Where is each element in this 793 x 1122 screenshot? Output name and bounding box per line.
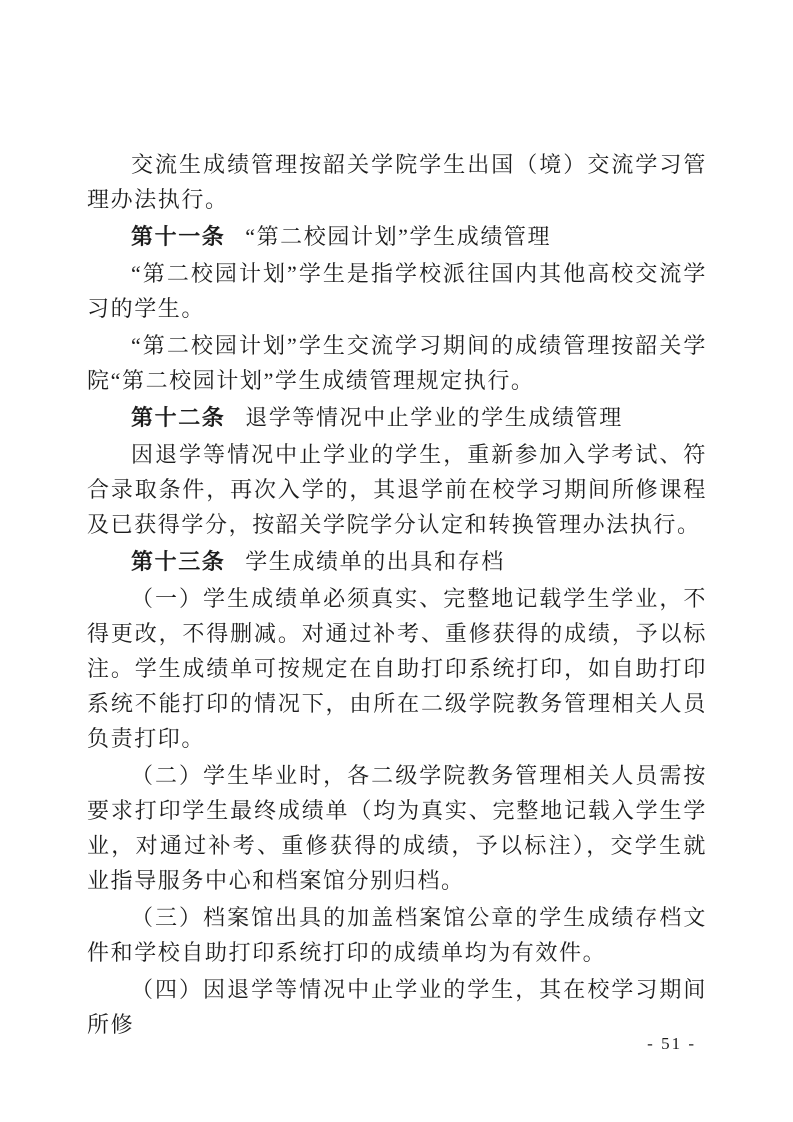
article-number: 第十二条 xyxy=(131,405,245,430)
paragraph: （一）学生成绩单必须真实、完整地记载学生学业，不得更改，不得删减。对通过补考、重… xyxy=(87,581,707,756)
paragraph: （三）档案馆出具的加盖档案馆公章的学生成绩存档文件和学校自助打印系统打印的成绩单… xyxy=(87,900,707,970)
paragraph: （二）学生毕业时，各二级学院教务管理相关人员需按要求打印学生最终成绩单（均为真实… xyxy=(87,758,707,898)
article-heading-13: 第十三条学生成绩单的出具和存档 xyxy=(87,544,707,579)
article-number: 第十一条 xyxy=(131,224,245,249)
paragraph: “第二校园计划”学生交流学习期间的成绩管理按韶关学院“第二校园计划”学生成绩管理… xyxy=(87,328,707,398)
article-title: 退学等情况中止学业的学生成绩管理 xyxy=(245,405,623,430)
paragraph: “第二校园计划”学生是指学校派往国内其他高校交流学习的学生。 xyxy=(87,256,707,326)
article-heading-12: 第十二条退学等情况中止学业的学生成绩管理 xyxy=(87,400,707,435)
article-heading-11: 第十一条“第二校园计划”学生成绩管理 xyxy=(87,219,707,254)
page-number: - 51 - xyxy=(647,1033,696,1055)
paragraph: 交流生成绩管理按韶关学院学生出国（境）交流学习管理办法执行。 xyxy=(87,147,707,217)
paragraph: （四）因退学等情况中止学业的学生，其在校学习期间所修 xyxy=(87,972,707,1042)
paragraph: 因退学等情况中止学业的学生，重新参加入学考试、符合录取条件，再次入学的，其退学前… xyxy=(87,437,707,542)
document-page: 交流生成绩管理按韶关学院学生出国（境）交流学习管理办法执行。 第十一条“第二校园… xyxy=(0,0,793,1122)
document-body: 交流生成绩管理按韶关学院学生出国（境）交流学习管理办法执行。 第十一条“第二校园… xyxy=(87,147,707,1044)
article-number: 第十三条 xyxy=(131,549,245,574)
article-title: 学生成绩单的出具和存档 xyxy=(245,549,505,574)
article-title: “第二校园计划”学生成绩管理 xyxy=(245,224,551,249)
